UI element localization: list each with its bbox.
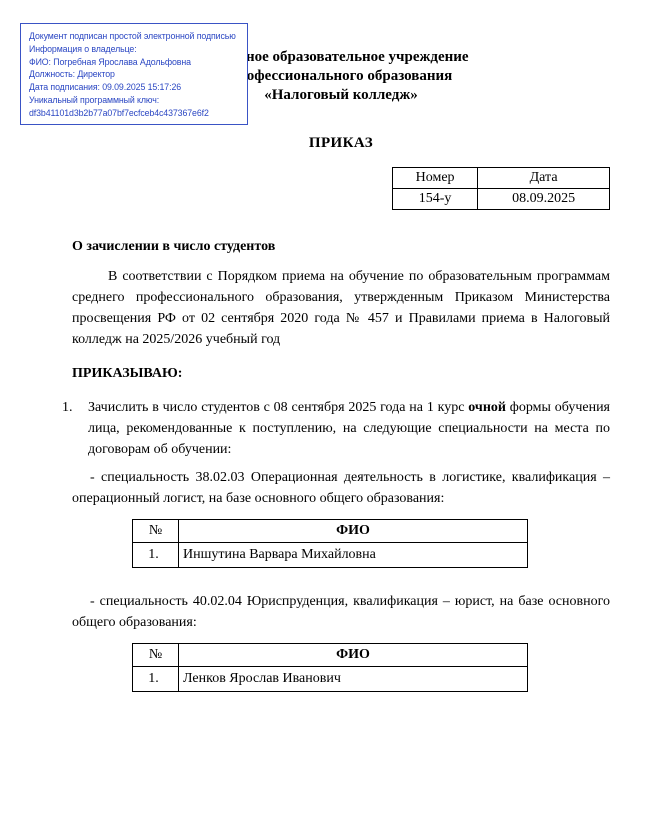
stamp-line-owner-info: Информация о владельце: [29, 43, 239, 56]
student-row-number: 1. [133, 667, 179, 692]
table-header-row: № ФИО [133, 644, 528, 667]
meta-header-row: Номер Дата [393, 168, 610, 189]
order-number-value: 154-у [393, 189, 478, 210]
specialty-1-students-table: № ФИО 1. Иншутина Варвара Михайловна [132, 519, 528, 568]
order-text-bold: очной [468, 400, 506, 415]
stamp-line-position: Должность: Директор [29, 68, 239, 81]
student-name: Иншутина Варвара Михайловна [179, 543, 528, 568]
specialty-2-students-table: № ФИО 1. Ленков Ярослав Иванович [132, 643, 528, 692]
student-row-number: 1. [133, 543, 179, 568]
meta-header-date: Дата [478, 168, 610, 189]
order-text-before-bold: Зачислить в число студентов с 08 сентябр… [88, 400, 468, 415]
document-page: Документ подписан простой электронной по… [0, 0, 650, 820]
stamp-line-key-label: Уникальный программный ключ: [29, 94, 239, 107]
preamble-paragraph: В соответствии с Порядком приема на обуч… [72, 266, 610, 350]
stamp-line-fio: ФИО: Погребная Ярослава Адольфовна [29, 56, 239, 69]
specialty-1-intro: - специальность 38.02.03 Операционная де… [72, 467, 610, 509]
column-header-number: № [133, 520, 179, 543]
order-item-text: Зачислить в число студентов с 08 сентябр… [88, 397, 610, 460]
order-meta-table: Номер Дата 154-у 08.09.2025 [392, 167, 610, 210]
student-row: 1. Иншутина Варвара Михайловна [133, 543, 528, 568]
meta-value-row: 154-у 08.09.2025 [393, 189, 610, 210]
column-header-fio: ФИО [179, 520, 528, 543]
order-item-number: 1. [60, 397, 88, 460]
student-row: 1. Ленков Ярослав Иванович [133, 667, 528, 692]
document-type-title: ПРИКАЗ [72, 133, 610, 154]
student-name: Ленков Ярослав Иванович [179, 667, 528, 692]
stamp-line-signed: Документ подписан простой электронной по… [29, 30, 239, 43]
column-header-fio: ФИО [179, 644, 528, 667]
order-item-1: 1. Зачислить в число студентов с 08 сент… [60, 397, 610, 460]
column-header-number: № [133, 644, 179, 667]
signature-stamp: Документ подписан простой электронной по… [20, 23, 248, 125]
order-date-value: 08.09.2025 [478, 189, 610, 210]
resolution-heading: ПРИКАЗЫВАЮ: [72, 363, 610, 384]
order-subject: О зачислении в число студентов [72, 236, 610, 257]
table-header-row: № ФИО [133, 520, 528, 543]
meta-header-number: Номер [393, 168, 478, 189]
stamp-line-sign-date: Дата подписания: 09.09.2025 15:17:26 [29, 81, 239, 94]
specialty-2-intro: - специальность 40.02.04 Юриспруденция, … [72, 591, 610, 633]
stamp-line-key-value: df3b41101d3b2b77a07bf7ecfceb4c437367e6f2 [29, 107, 239, 120]
